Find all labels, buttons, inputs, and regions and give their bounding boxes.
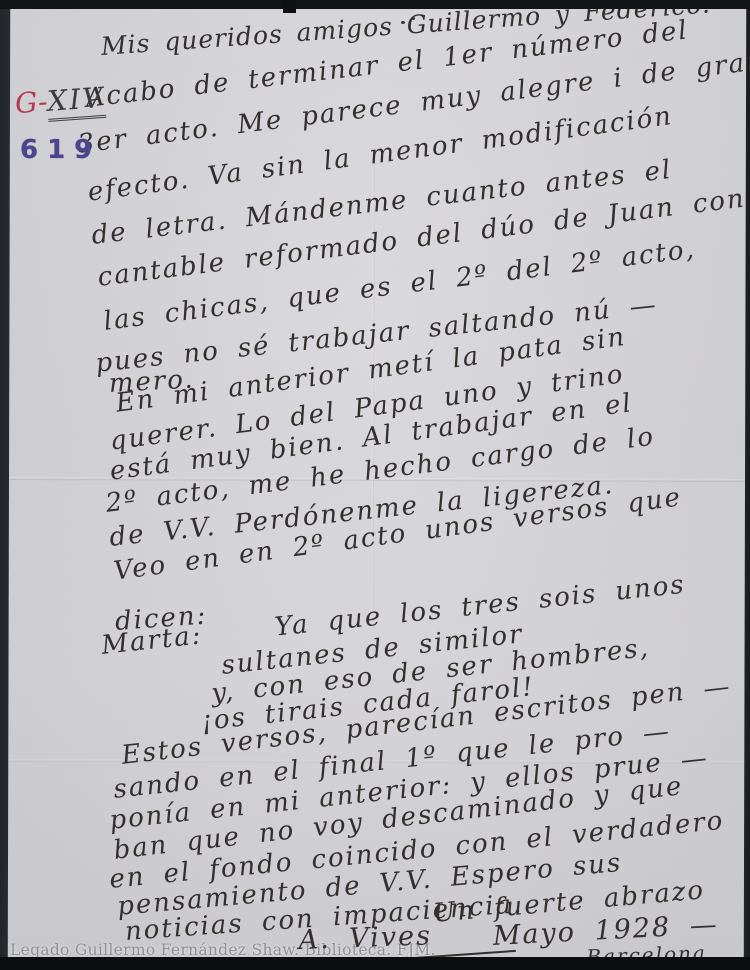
archive-mark-roman-numeral: XIV xyxy=(46,81,106,122)
archive-stamp-number: 619 xyxy=(20,135,101,165)
scan-clip-notch xyxy=(283,0,296,13)
signature: A. Vives xyxy=(298,920,432,956)
scan-edge-bottom xyxy=(0,957,750,970)
scan-edge-top xyxy=(0,0,750,9)
archive-mark-gxiv: G-XIV xyxy=(14,81,106,120)
archive-mark-letter: G- xyxy=(14,85,49,120)
